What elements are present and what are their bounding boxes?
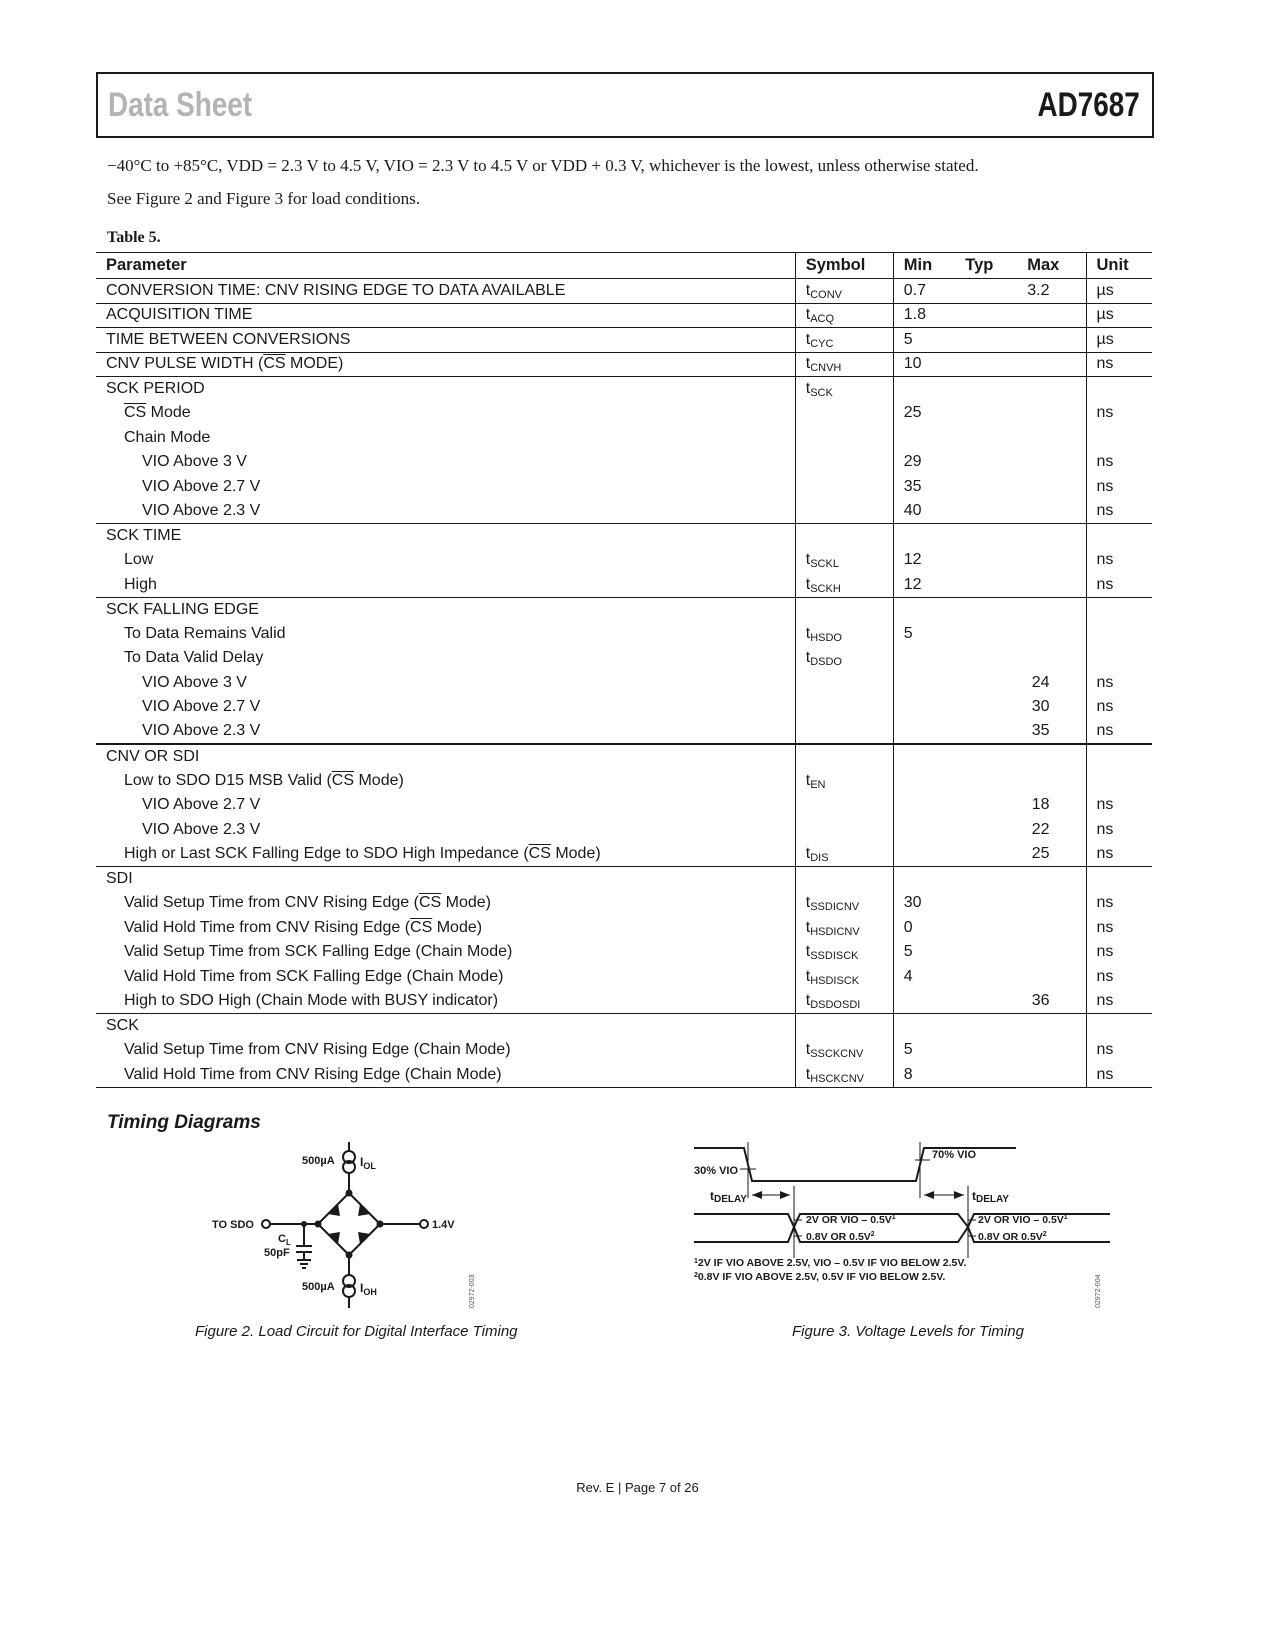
symbol-cell [795,744,893,769]
max-cell: 30 [1017,695,1086,720]
unit-cell: ns [1086,401,1152,426]
typ-cell [955,450,1017,475]
symbol-cell: tHSCKCNV [795,1063,893,1088]
table-row: SCK [96,1014,1152,1039]
symbol-cell: tACQ [795,303,893,328]
unit-cell: ns [1086,891,1152,916]
unit-cell: ns [1086,842,1152,867]
min-cell: 5 [893,1038,955,1063]
symbol-cell: tDIS [795,842,893,867]
unit-cell: µs [1086,328,1152,353]
min-cell [893,671,955,696]
part-number-title: AD7687 [1038,86,1140,125]
typ-cell [955,842,1017,867]
parameter-cell: High or Last SCK Falling Edge to SDO Hig… [96,842,795,867]
typ-cell [955,426,1017,451]
symbol-cell: tCONV [795,279,893,304]
table-row: To Data Remains ValidtHSDO5 [96,622,1152,647]
figure-code: 02972-003 [469,1274,476,1308]
symbol-cell: tCYC [795,328,893,353]
table-row: Valid Hold Time from CNV Rising Edge (CS… [96,916,1152,941]
symbol-cell [795,450,893,475]
max-cell [1017,1014,1086,1039]
min-cell: 12 [893,573,955,598]
table-row: Valid Setup Time from CNV Rising Edge (C… [96,891,1152,916]
symbol-cell: tEN [795,769,893,794]
typ-cell [955,499,1017,524]
table-row: SCK TIME [96,524,1152,549]
max-cell: 24 [1017,671,1086,696]
typ-cell [955,475,1017,500]
symbol-cell: tSSDICNV [795,891,893,916]
parameter-cell: VIO Above 3 V [96,450,795,475]
typ-cell [955,1038,1017,1063]
min-cell [893,524,955,549]
parameter-cell: To Data Remains Valid [96,622,795,647]
section-title: Timing Diagrams [107,1112,261,1134]
max-cell [1017,769,1086,794]
min-cell: 29 [893,450,955,475]
symbol-cell: tSSCKCNV [795,1038,893,1063]
unit-cell [1086,622,1152,647]
page-header: Data Sheet AD7687 [96,72,1154,138]
typ-cell [955,744,1017,769]
typ-cell [955,965,1017,990]
symbol-cell: tSCK [795,377,893,402]
typ-cell [955,793,1017,818]
max-cell [1017,475,1086,500]
document-type-title: Data Sheet [108,86,252,125]
column-header-symbol: Symbol [795,253,893,279]
table-row: High or Last SCK Falling Edge to SDO Hig… [96,842,1152,867]
ioh-current-label: 500µA [302,1281,335,1293]
typ-cell [955,818,1017,843]
table-row: HightSCKH12ns [96,573,1152,598]
max-cell [1017,499,1086,524]
unit-cell [1086,867,1152,892]
min-cell: 12 [893,548,955,573]
max-cell [1017,1063,1086,1088]
chip-select-overline: CS [332,772,354,789]
parameter-cell: SCK PERIOD [96,377,795,402]
symbol-cell [795,1014,893,1039]
min-cell [893,646,955,671]
tdelay-label-left: tDELAY [710,1189,747,1205]
table-header-row: Parameter Symbol Min Typ Max Unit [96,253,1152,279]
unit-cell: ns [1086,499,1152,524]
parameter-cell: CS Mode [96,401,795,426]
typ-cell [955,622,1017,647]
typ-cell [955,867,1017,892]
unit-cell: ns [1086,965,1152,990]
parameter-cell: ACQUISITION TIME [96,303,795,328]
symbol-cell: tHSDISCK [795,965,893,990]
parameter-cell: High [96,573,795,598]
parameter-cell: VIO Above 2.3 V [96,818,795,843]
unit-cell: ns [1086,695,1152,720]
parameter-cell: SCK TIME [96,524,795,549]
iol-current-label: 500µA [302,1155,335,1167]
min-cell [893,744,955,769]
parameter-cell: To Data Valid Delay [96,646,795,671]
timing-specifications-table: Parameter Symbol Min Typ Max Unit CONVER… [96,252,1152,1088]
parameter-cell: SCK FALLING EDGE [96,597,795,622]
table-row: VIO Above 3 V29ns [96,450,1152,475]
min-cell [893,867,955,892]
unit-cell [1086,769,1152,794]
typ-cell [955,891,1017,916]
symbol-cell [795,818,893,843]
max-cell [1017,303,1086,328]
table-row: CS Mode25ns [96,401,1152,426]
parameter-cell: Chain Mode [96,426,795,451]
max-cell [1017,450,1086,475]
unit-cell: ns [1086,818,1152,843]
typ-cell [955,279,1017,304]
min-cell: 0 [893,916,955,941]
typ-cell [955,524,1017,549]
max-cell [1017,597,1086,622]
max-cell [1017,377,1086,402]
table-row: VIO Above 2.3 V40ns [96,499,1152,524]
min-cell [893,989,955,1014]
max-cell [1017,573,1086,598]
max-cell [1017,328,1086,353]
table-row: VIO Above 2.7 V35ns [96,475,1152,500]
parameter-cell: High to SDO High (Chain Mode with BUSY i… [96,989,795,1014]
min-cell: 5 [893,328,955,353]
to-sdo-label: TO SDO [212,1219,254,1231]
table-row: CNV PULSE WIDTH (CS MODE)tCNVH10ns [96,352,1152,377]
typ-cell [955,303,1017,328]
table-row: Valid Setup Time from SCK Falling Edge (… [96,940,1152,965]
tdelay-label-right: tDELAY [972,1189,1009,1205]
unit-cell [1086,426,1152,451]
typ-cell [955,1014,1017,1039]
symbol-cell [795,671,893,696]
parameter-cell: Valid Hold Time from SCK Falling Edge (C… [96,965,795,990]
parameter-cell: SCK [96,1014,795,1039]
level-low-label-left: 0.8V OR 0.5V2 [806,1231,875,1243]
parameter-cell: VIO Above 2.3 V [96,720,795,745]
unit-cell: ns [1086,671,1152,696]
unit-cell [1086,1014,1152,1039]
typ-cell [955,720,1017,745]
operating-conditions-text: −40°C to +85°C, VDD = 2.3 V to 4.5 V, VI… [107,156,979,176]
output-voltage-label: 1.4V [432,1219,455,1231]
typ-cell [955,548,1017,573]
min-cell [893,695,955,720]
parameter-cell: Valid Setup Time from CNV Rising Edge (C… [96,891,795,916]
table-caption: Table 5. [107,229,161,247]
unit-cell: ns [1086,989,1152,1014]
level-high-label-left: 2V OR VIO – 0.5V1 [806,1214,896,1226]
max-cell: 35 [1017,720,1086,745]
parameter-cell: Valid Setup Time from SCK Falling Edge (… [96,940,795,965]
parameter-cell: SDI [96,867,795,892]
table-row: VIO Above 3 V24ns [96,671,1152,696]
figure-3-caption: Figure 3. Voltage Levels for Timing [792,1323,1024,1340]
max-cell [1017,426,1086,451]
typ-cell [955,1063,1017,1088]
unit-cell: ns [1086,548,1152,573]
min-cell [893,1014,955,1039]
load-capacitor-value: 50pF [264,1247,290,1259]
typ-cell [955,646,1017,671]
symbol-cell: tDSDOSDI [795,989,893,1014]
symbol-cell [795,401,893,426]
table-row: ACQUISITION TIMEtACQ1.8µs [96,303,1152,328]
unit-cell: ns [1086,573,1152,598]
chip-select-overline: CS [263,355,285,372]
unit-cell: ns [1086,352,1152,377]
typ-cell [955,352,1017,377]
symbol-cell [795,426,893,451]
max-cell [1017,352,1086,377]
typ-cell [955,377,1017,402]
symbol-cell: tCNVH [795,352,893,377]
parameter-cell: VIO Above 2.3 V [96,499,795,524]
table-row: SDI [96,867,1152,892]
typ-cell [955,940,1017,965]
symbol-cell [795,720,893,745]
min-cell [893,818,955,843]
max-cell [1017,401,1086,426]
symbol-cell: tHSDO [795,622,893,647]
table-row: CONVERSION TIME: CNV RISING EDGE TO DATA… [96,279,1152,304]
chip-select-overline: CS [419,894,441,911]
min-cell: 8 [893,1063,955,1088]
symbol-cell [795,499,893,524]
unit-cell: ns [1086,1038,1152,1063]
parameter-cell: TIME BETWEEN CONVERSIONS [96,328,795,353]
column-header-typ: Typ [955,253,1017,279]
table-row: VIO Above 2.7 V18ns [96,793,1152,818]
max-cell [1017,548,1086,573]
parameter-cell: CNV PULSE WIDTH (CS MODE) [96,352,795,377]
min-cell [893,842,955,867]
symbol-cell: tSSDISCK [795,940,893,965]
unit-cell [1086,377,1152,402]
parameter-cell: Valid Hold Time from CNV Rising Edge (Ch… [96,1063,795,1088]
figure-code: 02972-004 [1095,1274,1102,1308]
table-row: SCK PERIODtSCK [96,377,1152,402]
typ-cell [955,671,1017,696]
min-cell: 5 [893,622,955,647]
unit-cell: ns [1086,916,1152,941]
table-row: LowtSCKL12ns [96,548,1152,573]
typ-cell [955,695,1017,720]
typ-cell [955,573,1017,598]
high-threshold-label: 70% VIO [932,1149,976,1161]
unit-cell: ns [1086,450,1152,475]
min-cell: 5 [893,940,955,965]
max-cell: 36 [1017,989,1086,1014]
level-low-label-right: 0.8V OR 0.5V2 [978,1231,1047,1243]
typ-cell [955,769,1017,794]
min-cell: 30 [893,891,955,916]
voltage-levels-diagram: 30% VIO 70% VIO tDELAY tDELAY 2V OR VIO … [690,1140,1110,1315]
min-cell: 4 [893,965,955,990]
chip-select-overline: CS [124,404,146,421]
min-cell [893,720,955,745]
table-row: Valid Hold Time from CNV Rising Edge (Ch… [96,1063,1152,1088]
min-cell [893,426,955,451]
table-row: Valid Setup Time from CNV Rising Edge (C… [96,1038,1152,1063]
table-row: High to SDO High (Chain Mode with BUSY i… [96,989,1152,1014]
symbol-cell: tSCKH [795,573,893,598]
symbol-cell [795,793,893,818]
min-cell: 40 [893,499,955,524]
max-cell [1017,965,1086,990]
parameter-cell: VIO Above 2.7 V [96,695,795,720]
unit-cell: ns [1086,793,1152,818]
chip-select-overline: CS [529,845,551,862]
footnote-2: 20.8V IF VIO ABOVE 2.5V, 0.5V IF VIO BEL… [694,1271,945,1283]
symbol-cell [795,867,893,892]
table-row: Low to SDO D15 MSB Valid (CS Mode)tEN [96,769,1152,794]
table-row: VIO Above 2.3 V35ns [96,720,1152,745]
max-cell [1017,891,1086,916]
load-circuit-diagram: 500µA IOL TO SDO 1.4V CL 50pF 500µA IOH … [200,1138,500,1318]
typ-cell [955,401,1017,426]
max-cell [1017,940,1086,965]
min-cell: 25 [893,401,955,426]
parameter-cell: VIO Above 2.7 V [96,793,795,818]
chip-select-overline: CS [410,919,432,936]
max-cell [1017,622,1086,647]
column-header-parameter: Parameter [96,253,795,279]
parameter-cell: VIO Above 2.7 V [96,475,795,500]
table-row: VIO Above 2.3 V22ns [96,818,1152,843]
min-cell [893,597,955,622]
max-cell [1017,646,1086,671]
symbol-cell: tHSDICNV [795,916,893,941]
footnote-1: 12V IF VIO ABOVE 2.5V, VIO – 0.5V IF VIO… [694,1257,966,1269]
unit-cell: µs [1086,303,1152,328]
column-header-max: Max [1017,253,1086,279]
unit-cell: ns [1086,475,1152,500]
table-row: Chain Mode [96,426,1152,451]
min-cell: 0.7 [893,279,955,304]
table-row: To Data Valid DelaytDSDO [96,646,1152,671]
unit-cell: ns [1086,1063,1152,1088]
unit-cell [1086,646,1152,671]
max-cell [1017,916,1086,941]
unit-cell [1086,744,1152,769]
min-cell: 1.8 [893,303,955,328]
min-cell [893,769,955,794]
symbol-cell: tDSDO [795,646,893,671]
symbol-cell [795,597,893,622]
typ-cell [955,989,1017,1014]
table-row: VIO Above 2.7 V30ns [96,695,1152,720]
iol-label: IOL [360,1155,376,1171]
min-cell [893,377,955,402]
unit-cell: µs [1086,279,1152,304]
typ-cell [955,916,1017,941]
parameter-cell: Valid Setup Time from CNV Rising Edge (C… [96,1038,795,1063]
max-cell: 3.2 [1017,279,1086,304]
ioh-label: IOH [360,1281,377,1297]
parameter-cell: Low [96,548,795,573]
unit-cell [1086,597,1152,622]
low-threshold-label: 30% VIO [694,1165,738,1177]
table-body: CONVERSION TIME: CNV RISING EDGE TO DATA… [96,279,1152,1088]
unit-cell [1086,524,1152,549]
max-cell [1017,744,1086,769]
min-cell: 10 [893,352,955,377]
parameter-cell: VIO Above 3 V [96,671,795,696]
table-row: Valid Hold Time from SCK Falling Edge (C… [96,965,1152,990]
symbol-cell [795,475,893,500]
symbol-cell: tSCKL [795,548,893,573]
parameter-cell: Valid Hold Time from CNV Rising Edge (CS… [96,916,795,941]
typ-cell [955,328,1017,353]
symbol-cell [795,524,893,549]
max-cell [1017,524,1086,549]
column-header-unit: Unit [1086,253,1152,279]
typ-cell [955,597,1017,622]
load-conditions-reference: See Figure 2 and Figure 3 for load condi… [107,189,420,209]
symbol-cell [795,695,893,720]
max-cell: 25 [1017,842,1086,867]
max-cell [1017,1038,1086,1063]
min-cell: 35 [893,475,955,500]
level-high-label-right: 2V OR VIO – 0.5V1 [978,1214,1068,1226]
table-row: CNV OR SDI [96,744,1152,769]
unit-cell: ns [1086,940,1152,965]
load-capacitor-label: CL [278,1233,291,1247]
max-cell: 18 [1017,793,1086,818]
parameter-cell: CONVERSION TIME: CNV RISING EDGE TO DATA… [96,279,795,304]
unit-cell: ns [1086,720,1152,745]
min-cell [893,793,955,818]
parameter-cell: Low to SDO D15 MSB Valid (CS Mode) [96,769,795,794]
page-footer: Rev. E | Page 7 of 26 [0,1480,1275,1495]
max-cell [1017,867,1086,892]
parameter-cell: CNV OR SDI [96,744,795,769]
figure-2-caption: Figure 2. Load Circuit for Digital Inter… [195,1323,518,1340]
max-cell: 22 [1017,818,1086,843]
column-header-min: Min [893,253,955,279]
table-row: TIME BETWEEN CONVERSIONStCYC5µs [96,328,1152,353]
table-row: SCK FALLING EDGE [96,597,1152,622]
